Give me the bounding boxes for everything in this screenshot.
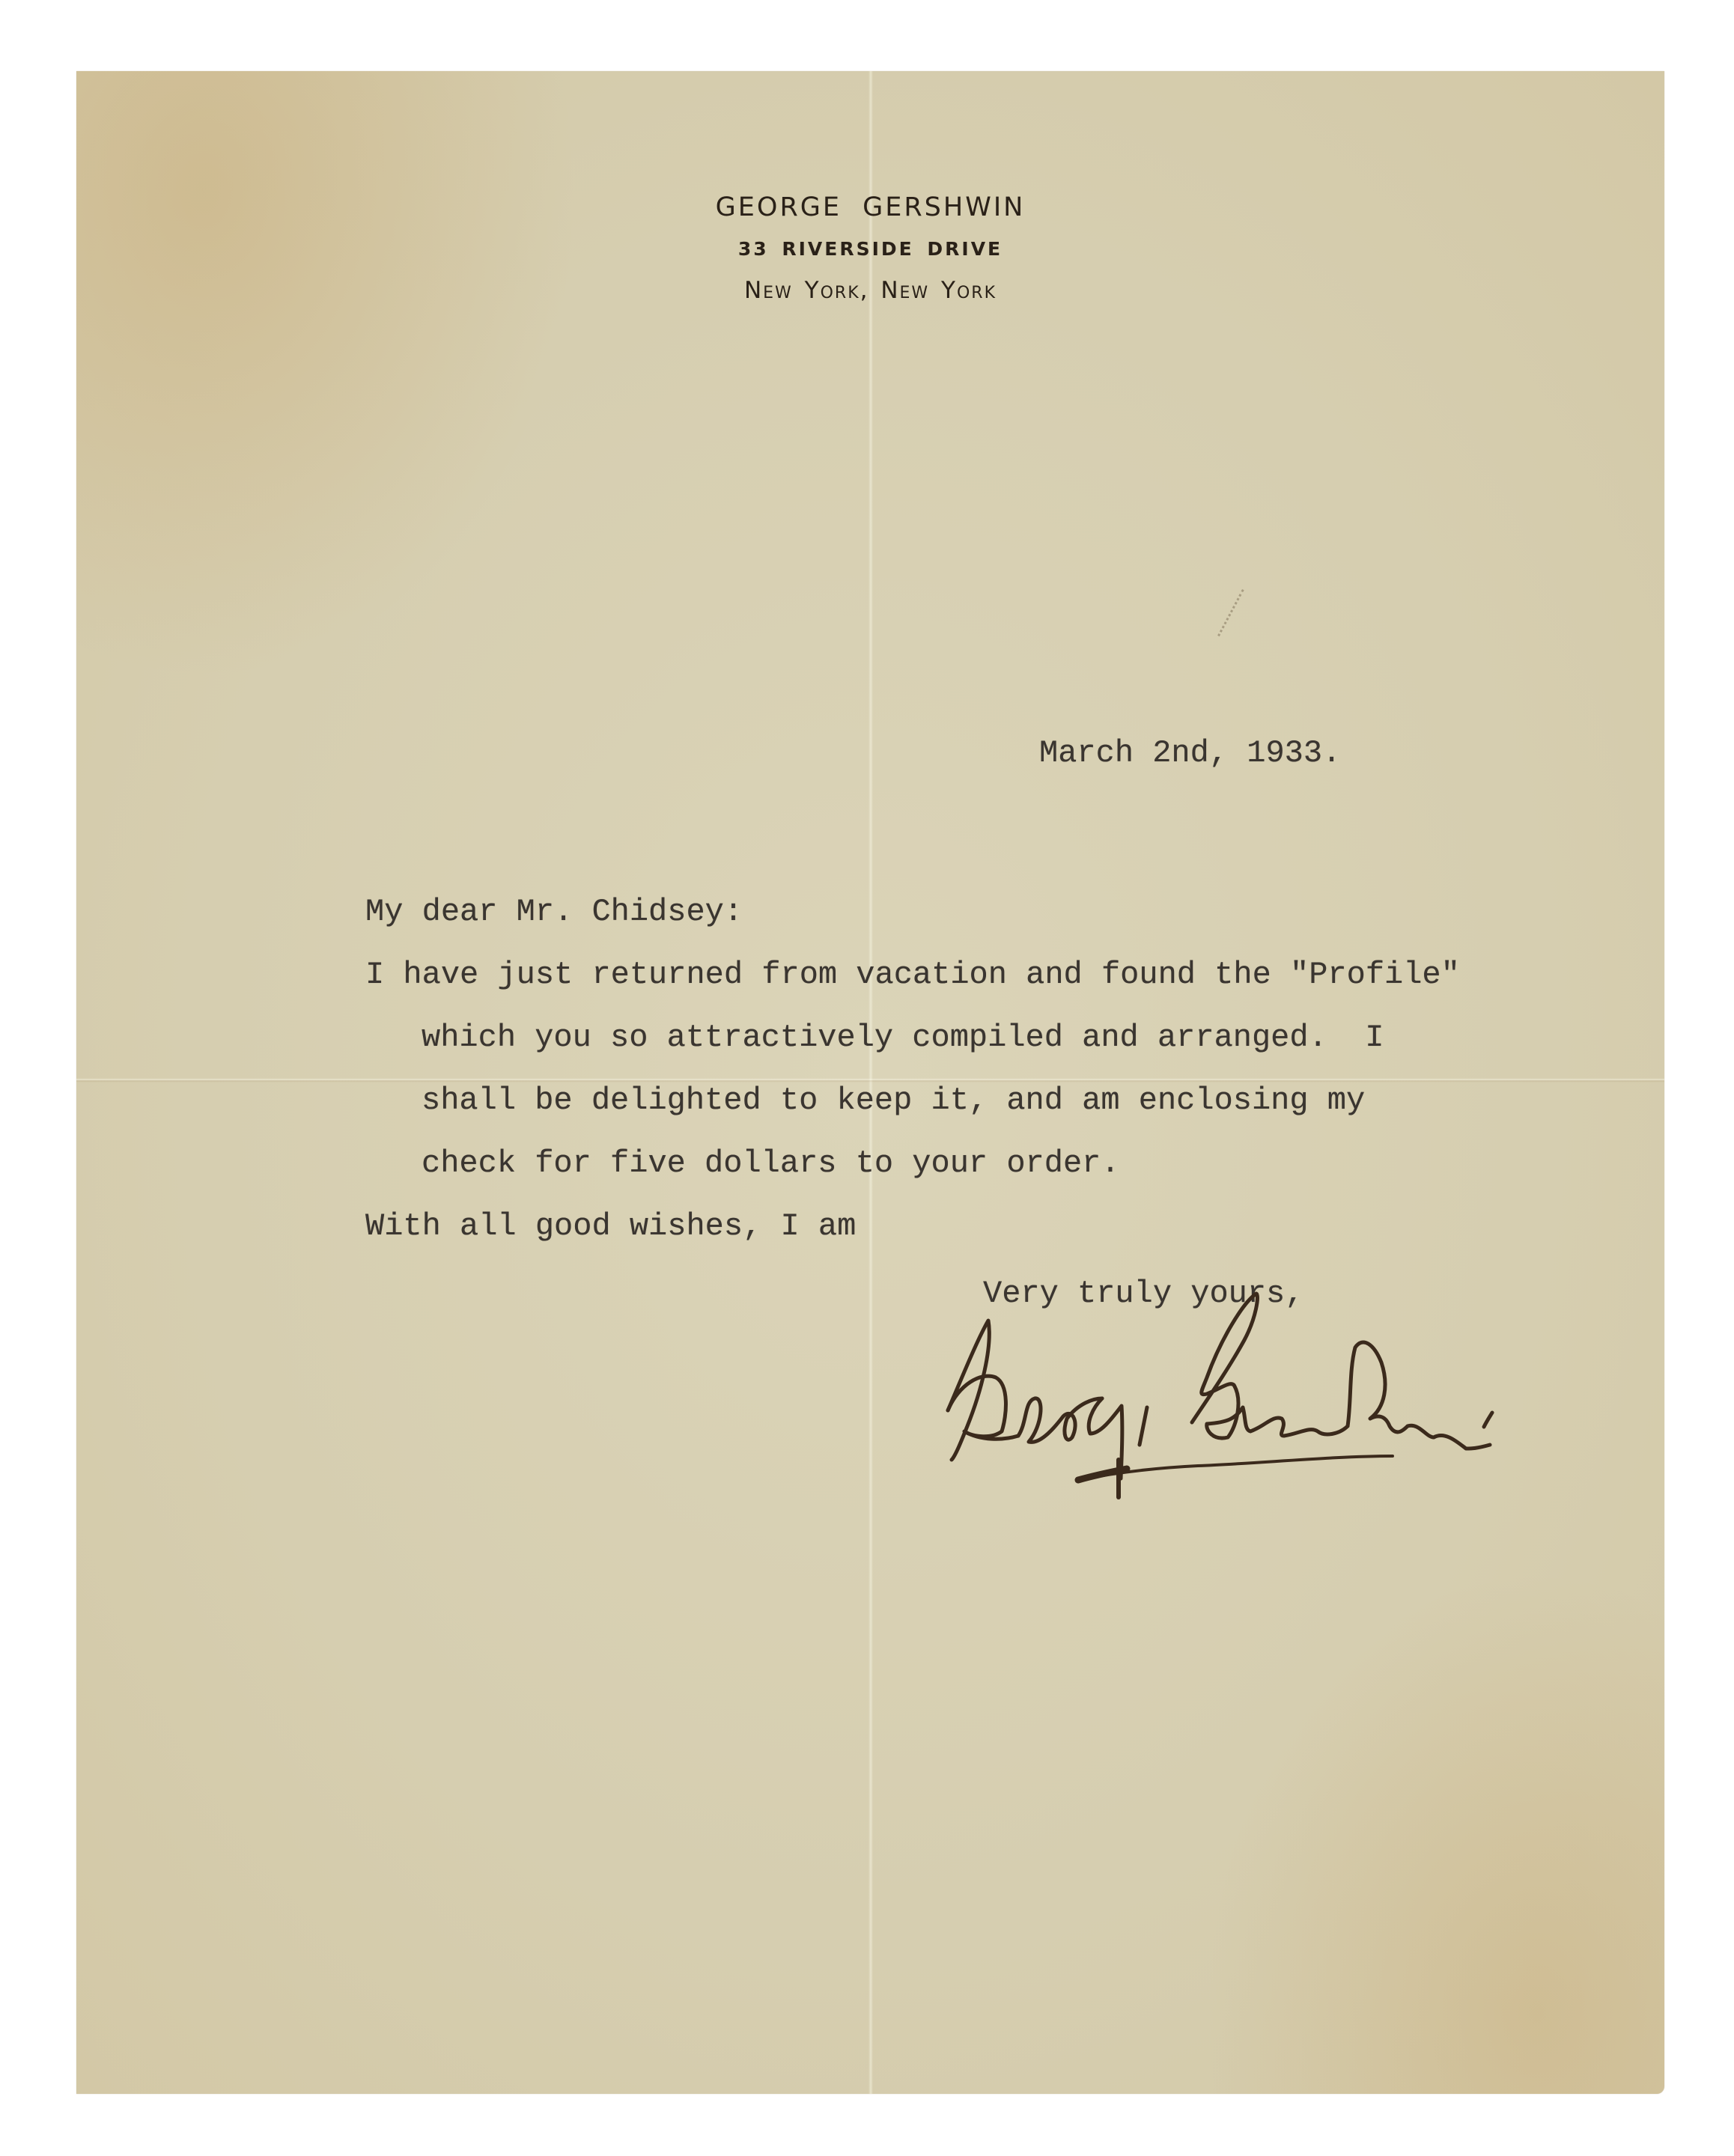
letterhead-city: New York, New York xyxy=(76,277,1664,304)
letter-date: March 2nd, 1933. xyxy=(1039,737,1341,769)
paper-stain xyxy=(1217,589,1248,639)
valediction: Very truly yours, xyxy=(983,1278,1303,1309)
closing-line: With all good wishes, I am xyxy=(365,1211,856,1242)
body-line: shall be delighted to keep it, and am en… xyxy=(422,1085,1365,1116)
body-line: I have just returned from vacation and f… xyxy=(365,959,1460,990)
letterhead-address: 33 RIVERSIDE DRIVE xyxy=(76,238,1664,260)
salutation: My dear Mr. Chidsey: xyxy=(365,896,743,928)
body-line: which you so attractively compiled and a… xyxy=(422,1022,1384,1053)
body-line: check for five dollars to your order. xyxy=(422,1148,1120,1179)
letterhead-name: GEORGE GERSHWIN xyxy=(76,192,1664,222)
